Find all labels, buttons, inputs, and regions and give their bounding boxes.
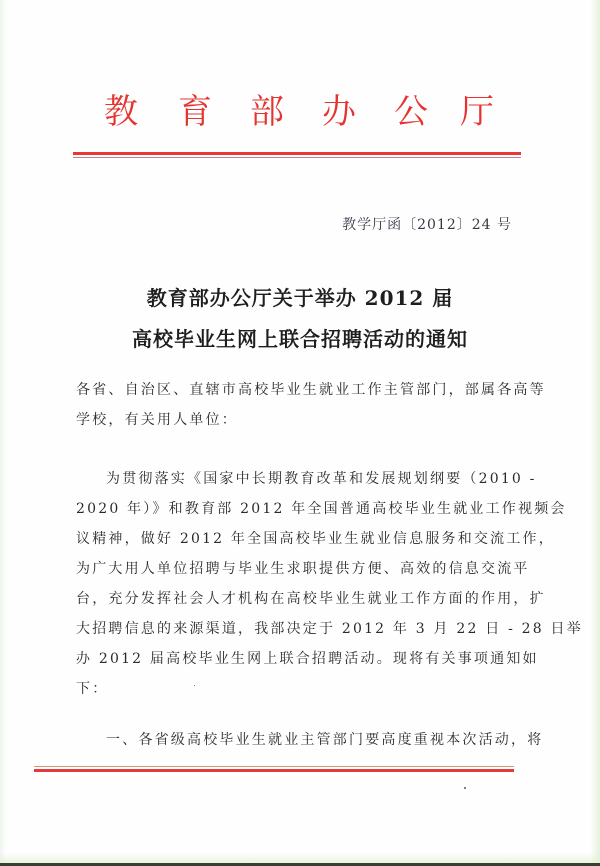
paragraph-line: 大招聘信息的来源渠道，我部决定于 2012 年 3 月 22 日 - 28 日举 [76,614,526,644]
scan-speck [194,685,195,686]
masthead-char: 厅 [460,90,494,134]
masthead-char: 办 [322,90,356,134]
document-page: 教 育 部 办 公 厅 教学厅函〔2012〕24 号 教育部办公厅关于举办 20… [0,0,600,866]
footer-rule-thick [34,769,514,772]
salutation-line: 各省、自治区、直辖市高校毕业生就业工作主管部门，部属各高等 [76,375,526,405]
paragraph-line: 下： [76,674,526,704]
masthead-char: 部 [250,90,284,134]
paragraph-line: 为贯彻落实《国家中长期教育改革和发展规划纲要（2010 - [76,464,526,494]
scan-edge-bottom-glow [0,853,600,863]
masthead-char: 育 [178,90,212,134]
masthead-rule-thin [73,157,521,158]
document-title-line-1: 教育部办公厅关于举办 2012 届 [0,282,600,311]
paragraph-line: 议精神，做好 2012 年全国高校毕业生就业信息服务和交流工作， [76,524,526,554]
salutation: 各省、自治区、直辖市高校毕业生就业工作主管部门，部属各高等 学校，有关用人单位： [76,375,526,435]
paragraph-line: 台，充分发挥社会人才机构在高校毕业生就业工作方面的作用，扩 [76,584,526,614]
masthead-char: 公 [394,90,428,134]
item-line: 一、各省级高校毕业生就业主管部门要高度重视本次活动，将 [76,725,526,755]
item-1: 一、各省级高校毕业生就业主管部门要高度重视本次活动，将 [76,725,526,755]
scan-speck [464,787,466,789]
paragraph-line: 为广大用人单位招聘与毕业生求职提供方便、高效的信息交流平 [76,554,526,584]
paragraph-1: 为贯彻落实《国家中长期教育改革和发展规划纲要（2010 - 2020 年）》和教… [76,464,526,704]
masthead: 教 育 部 办 公 厅 [0,90,600,140]
footer-rule-thin [34,766,514,767]
document-number: 教学厅函〔2012〕24 号 [342,214,512,234]
salutation-line: 学校，有关用人单位： [76,405,526,435]
document-title-line-2: 高校毕业生网上联合招聘活动的通知 [0,323,600,352]
masthead-rule-thick [73,152,521,155]
paragraph-line: 办 2012 届高校毕业生网上联合招聘活动。现将有关事项通知如 [76,644,526,674]
masthead-char: 教 [104,90,138,134]
paragraph-line: 2020 年）》和教育部 2012 年全国普通高校毕业生就业工作视频会 [76,494,526,524]
